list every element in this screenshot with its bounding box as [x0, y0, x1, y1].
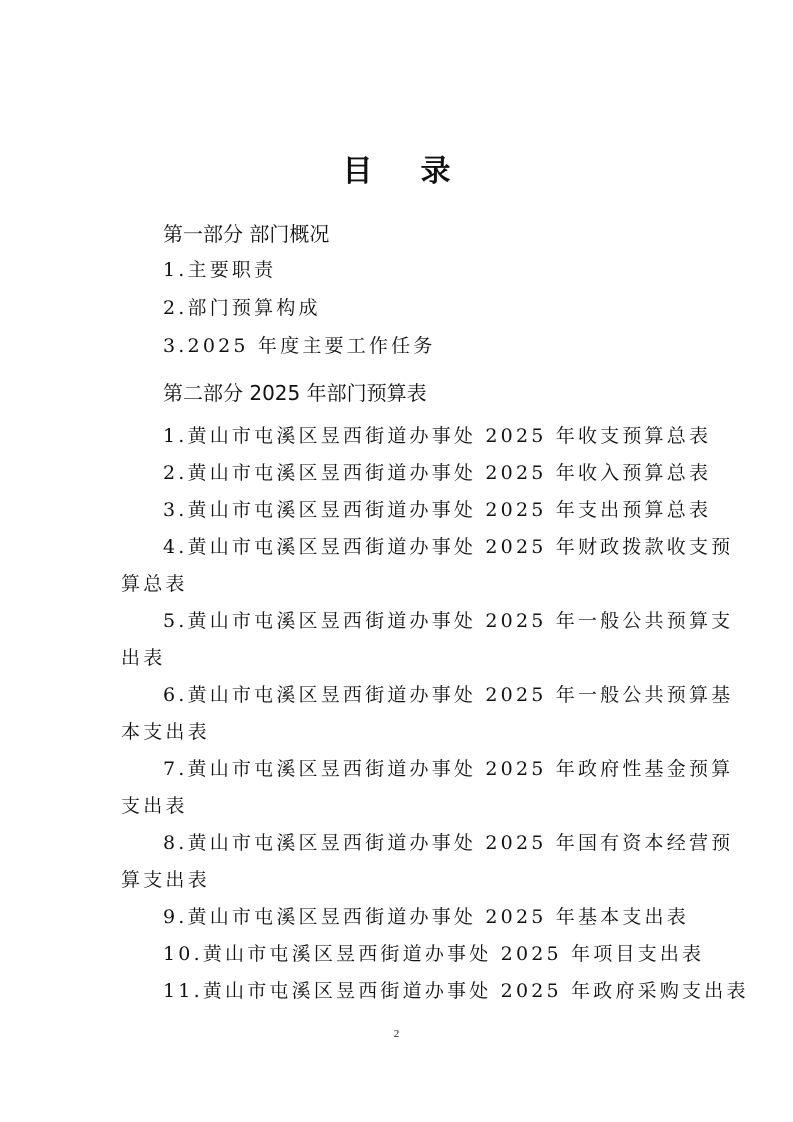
toc-item-part2-8[interactable]: 8.黄山市屯溪区昱西街道办事处 2025 年国有资本经营预	[163, 831, 733, 855]
toc-item-part2-5-cont[interactable]: 出表	[121, 646, 165, 670]
toc-item-part1-1[interactable]: 1.主要职责	[163, 258, 276, 282]
toc-item-part2-2[interactable]: 2.黄山市屯溪区昱西街道办事处 2025 年收入预算总表	[163, 461, 711, 485]
document-page: 目录 第一部分 部门概况 1.主要职责 2.部门预算构成 3.2025 年度主要…	[0, 0, 793, 1122]
toc-item-part2-8-cont[interactable]: 算支出表	[121, 868, 210, 892]
page-title: 目录	[0, 146, 793, 190]
toc-item-part2-6[interactable]: 6.黄山市屯溪区昱西街道办事处 2025 年一般公共预算基	[163, 683, 733, 707]
toc-item-part2-7[interactable]: 7.黄山市屯溪区昱西街道办事处 2025 年政府性基金预算	[163, 757, 733, 781]
part2-heading: 第二部分 2025 年部门预算表	[163, 381, 427, 405]
toc-item-part2-9[interactable]: 9.黄山市屯溪区昱西街道办事处 2025 年基本支出表	[163, 905, 689, 929]
toc-item-part2-11[interactable]: 11.黄山市屯溪区昱西街道办事处 2025 年政府采购支出表	[163, 979, 749, 1003]
toc-item-part2-1[interactable]: 1.黄山市屯溪区昱西街道办事处 2025 年收支预算总表	[163, 424, 711, 448]
toc-item-part2-7-cont[interactable]: 支出表	[121, 794, 188, 818]
toc-item-part2-3[interactable]: 3.黄山市屯溪区昱西街道办事处 2025 年支出预算总表	[163, 498, 711, 522]
toc-item-part2-5[interactable]: 5.黄山市屯溪区昱西街道办事处 2025 年一般公共预算支	[163, 609, 733, 633]
part1-heading: 第一部分 部门概况	[163, 222, 329, 246]
page-number: 2	[0, 1028, 793, 1040]
toc-item-part1-2[interactable]: 2.部门预算构成	[163, 296, 321, 320]
toc-item-part2-4-cont[interactable]: 算总表	[121, 572, 188, 596]
title-char-2: 录	[421, 146, 451, 190]
toc-item-part2-4[interactable]: 4.黄山市屯溪区昱西街道办事处 2025 年财政拨款收支预	[163, 535, 733, 559]
toc-item-part1-3[interactable]: 3.2025 年度主要工作任务	[163, 334, 436, 358]
toc-item-part2-6-cont[interactable]: 本支出表	[121, 720, 210, 744]
title-char-1: 目	[343, 146, 373, 190]
toc-item-part2-10[interactable]: 10.黄山市屯溪区昱西街道办事处 2025 年项目支出表	[163, 942, 704, 966]
